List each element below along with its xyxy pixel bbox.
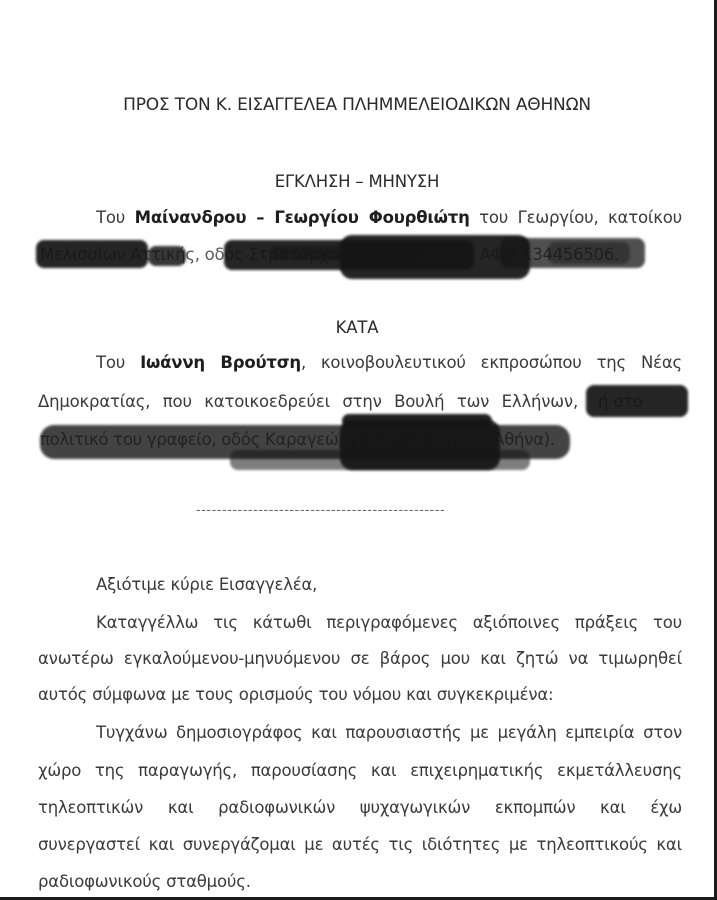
document-page: ΠΡΟΣ ΤΟΝ Κ. ΕΙΣΑΓΓΕΛΕΑ ΠΛΗΜΜΕΛΕΙΟΔΙΚΩΝ Α… — [0, 0, 717, 900]
paragraph-1-line-1: Καταγγέλλω τις κάτωθι περιγραφόμενες αξι… — [38, 612, 682, 634]
complainant-prefix: Του — [96, 208, 125, 227]
complainant-line: Του Μαίνανδρου – Γεωργίου Φουρθιώτη του … — [38, 207, 682, 229]
paragraph-2-line-3: τηλεοπτικών και ραδιοφωνικών ψυχαγωγικών… — [38, 797, 682, 819]
paragraph-1-line-2: ανωτέρω εγκαλούμενου-μηνυόμενου σε βάρος… — [38, 648, 682, 670]
paragraph-2-line-2: χώρο της παραγωγής, παρουσίασης και επιχ… — [38, 760, 682, 782]
complainant-name: Μαίνανδρου – Γεωργίου Φουρθιώτη — [135, 208, 470, 227]
redaction-mark — [342, 414, 492, 428]
separator-line: ----------------------------------------… — [196, 503, 524, 518]
defendant-line-2: Δημοκρατίας, που κατοικοεδρεύει στην Βου… — [38, 391, 578, 413]
paragraph-1-line-3: αυτός σύμφωνα με τους ορισμούς του νόμου… — [38, 684, 553, 706]
defendant-name: Ιωάννη Βρούτση — [140, 353, 301, 372]
document-type-heading: ΕΓΚΛΗΣΗ – ΜΗΝΥΣΗ — [0, 171, 714, 193]
paragraph-2-line-1: Τυγχάνω δημοσιογράφος και παρουσιαστής μ… — [38, 722, 682, 744]
defendant-line: Του Ιωάννη Βρούτση, κοινοβουλευτικού εκπ… — [38, 352, 682, 374]
complainant-suffix: του Γεωργίου, κατοίκου — [479, 208, 682, 227]
defendant-suffix: , κοινοβουλευτικού εκπροσώπου της Νέας — [301, 353, 682, 372]
redaction-mark — [148, 246, 186, 266]
redaction-mark — [230, 450, 530, 470]
paragraph-2-line-4: συνεργαστεί και συνεργάζομαι με αυτές τι… — [38, 834, 682, 856]
redaction-mark — [548, 242, 630, 264]
against-heading: ΚΑΤΑ — [0, 317, 714, 339]
redaction-mark — [36, 240, 148, 268]
paragraph-2-line-5: ραδιοφωνικούς σταθμούς. — [38, 871, 251, 893]
redaction-mark — [586, 385, 688, 417]
addressee-heading: ΠΡΟΣ ΤΟΝ Κ. ΕΙΣΑΓΓΕΛΕΑ ΠΛΗΜΜΕΛΕΙΟΔΙΚΩΝ Α… — [0, 94, 714, 116]
salutation: Αξιότιμε κύριε Εισαγγελέα, — [38, 574, 438, 596]
defendant-prefix: Του — [96, 353, 125, 372]
